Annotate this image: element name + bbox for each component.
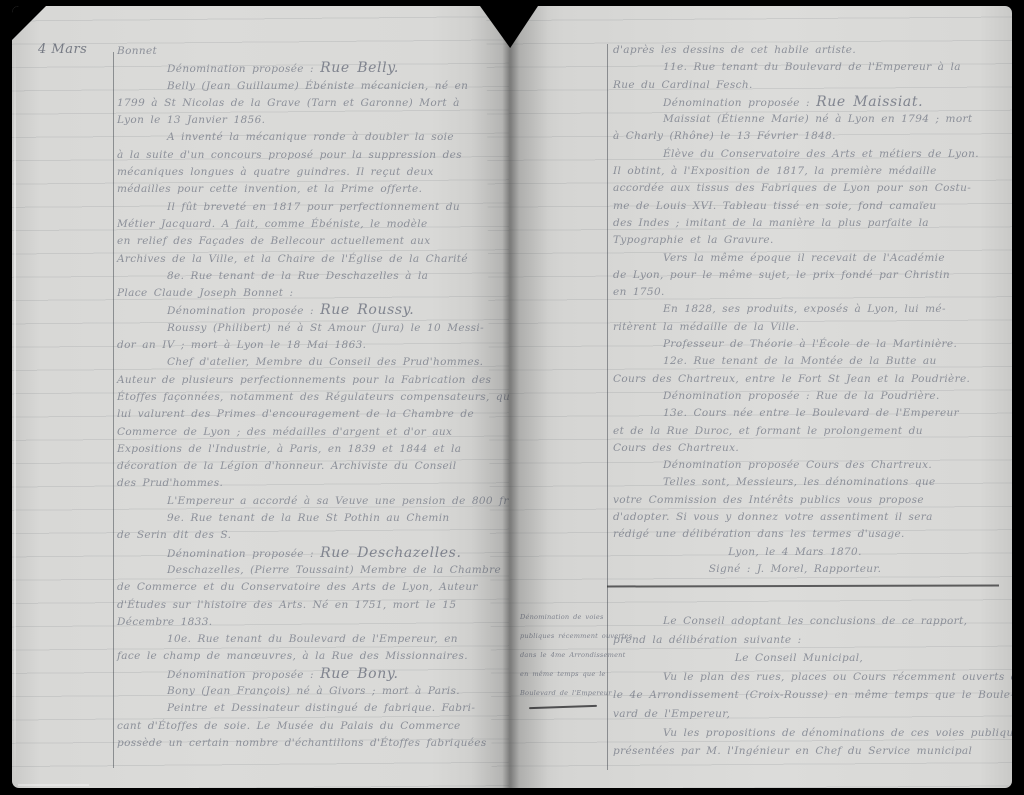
manuscript-line: Telles sont, Messieurs, les dénomination… xyxy=(613,474,977,491)
manuscript-line: Dénomination proposée : Rue Deschazelles… xyxy=(117,545,501,562)
manuscript-line: dor an IV ; mort à Lyon le 18 Mai 1863. xyxy=(117,337,501,354)
street-name-emphasis: Rue Roussy. xyxy=(320,302,414,318)
manuscript-line: Dénomination proposée : Rue Maissiat. xyxy=(613,94,977,111)
manuscript-line: mécaniques longues à quatre guindres. Il… xyxy=(117,164,501,181)
manuscript-line: des Indes ; imitant de la manière la plu… xyxy=(613,215,977,232)
manuscript-line: Commerce de Lyon ; des médailles d'argen… xyxy=(117,424,501,441)
manuscript-line: face le champ de manœuvres, à la Rue des… xyxy=(117,648,501,665)
manuscript-line: Signé : J. Morel, Rapporteur. xyxy=(613,561,977,578)
manuscript-line: votre Commission des Intérêts publics vo… xyxy=(613,492,977,509)
manuscript-line: 1799 à St Nicolas de la Grave (Tarn et G… xyxy=(117,95,501,112)
manuscript-line: Vu le plan des rues, places ou Cours réc… xyxy=(613,668,985,687)
manuscript-line: Typographie et la Gravure. xyxy=(613,232,977,249)
manuscript-line: médailles pour cette invention, et la Pr… xyxy=(117,181,501,198)
manuscript-line: décoration de la Légion d'honneur. Archi… xyxy=(117,458,501,475)
manuscript-line: cant d'Étoffes de soie. Le Musée du Pala… xyxy=(117,718,501,735)
manuscript-line: me de Louis XVI. Tableau tissé en soie, … xyxy=(613,198,977,215)
scanned-manuscript-photo: { "document_type": "scanned handwritten … xyxy=(0,0,1024,795)
manuscript-line: Expositions de l'Industrie, à Paris, en … xyxy=(117,441,501,458)
margin-note: Dénomination de voiespubliques récemment… xyxy=(520,608,612,703)
manuscript-line: de Commerce et du Conservatoire des Arts… xyxy=(117,579,501,596)
manuscript-line: A inventé la mécanique ronde à doubler l… xyxy=(117,129,501,146)
manuscript-line: Professeur de Théorie à l'École de la Ma… xyxy=(613,336,977,353)
manuscript-line: publiques récemment ouvertes xyxy=(520,627,612,646)
manuscript-line: Étoffes façonnées, notamment des Régulat… xyxy=(117,389,501,406)
manuscript-line: en même temps que le xyxy=(520,665,612,684)
page-edge-highlight-left xyxy=(14,36,16,784)
street-name-emphasis: Rue Belly. xyxy=(320,60,399,76)
manuscript-line: Lyon le 13 Janvier 1856. xyxy=(117,112,501,129)
manuscript-line: rédigé une délibération dans les termes … xyxy=(613,526,977,543)
street-name-emphasis: Rue Bony. xyxy=(320,666,398,682)
manuscript-line: Dénomination proposée : Rue Roussy. xyxy=(117,302,501,319)
manuscript-line: d'Études sur l'histoire des Arts. Né en … xyxy=(117,597,501,614)
left-page-margin-rule xyxy=(113,52,114,768)
manuscript-line: Vers la même époque il recevait de l'Aca… xyxy=(613,250,977,267)
left-page: 4 Mars BonnetDénomination proposée : Rue… xyxy=(12,6,509,788)
manuscript-line: Belly (Jean Guillaume) Ébéniste mécanici… xyxy=(117,78,501,95)
margin-date: 4 Mars xyxy=(38,42,87,57)
manuscript-line: dans le 4me Arrondissement xyxy=(520,646,612,665)
manuscript-line: 9e. Rue tenant de la Rue St Pothin au Ch… xyxy=(117,510,501,527)
manuscript-line: Le Conseil Municipal, xyxy=(613,649,985,668)
manuscript-line: Cours des Chartreux, entre le Fort St Je… xyxy=(613,371,977,388)
manuscript-line: et de la Rue Duroc, et formant le prolon… xyxy=(613,423,977,440)
manuscript-line: accordée aux tissus des Fabriques de Lyo… xyxy=(613,180,977,197)
manuscript-line: L'Empereur a accordé à sa Veuve une pens… xyxy=(117,493,501,510)
manuscript-line: Élève du Conservatoire des Arts et métie… xyxy=(613,146,977,163)
manuscript-line: en relief des Façades de Bellecour actue… xyxy=(117,233,501,250)
manuscript-line: présentées par M. l'Ingénieur en Chef du… xyxy=(613,742,985,761)
manuscript-line: prend la délibération suivante : xyxy=(613,631,985,650)
manuscript-line: 13e. Cours née entre le Boulevard de l'E… xyxy=(613,405,977,422)
manuscript-line: Décembre 1833. xyxy=(117,614,501,631)
manuscript-line: Lyon, le 4 Mars 1870. xyxy=(613,544,977,561)
right-page-deliberation-column: Le Conseil adoptant les conclusions de c… xyxy=(613,612,985,761)
right-page: d'après les dessins de cet habile artist… xyxy=(509,6,1012,788)
manuscript-line: Maissiat (Étienne Marie) né à Lyon en 17… xyxy=(613,111,977,128)
manuscript-line: 10e. Rue tenant du Boulevard de l'Empere… xyxy=(117,631,501,648)
manuscript-line: à Charly (Rhône) le 13 Février 1848. xyxy=(613,128,977,145)
left-page-text-column: BonnetDénomination proposée : Rue Belly.… xyxy=(117,43,501,752)
manuscript-line: Deschazelles, (Pierre Toussaint) Membre … xyxy=(117,562,501,579)
manuscript-line: Le Conseil adoptant les conclusions de c… xyxy=(613,612,985,631)
manuscript-line: Dénomination proposée : Rue de la Poudri… xyxy=(613,388,977,405)
manuscript-line: Dénomination proposée : Rue Bony. xyxy=(117,666,501,683)
manuscript-book: 4 Mars BonnetDénomination proposée : Rue… xyxy=(12,6,1012,788)
manuscript-line: Métier Jacquard. A fait, comme Ébéniste,… xyxy=(117,216,501,233)
manuscript-line: Chef d'atelier, Membre du Conseil des Pr… xyxy=(117,354,501,371)
page-edge-highlight-bottom xyxy=(18,784,89,786)
right-page-report-column: d'après les dessins de cet habile artist… xyxy=(613,42,977,578)
manuscript-line: lui valurent des Primes d'encouragement … xyxy=(117,406,501,423)
manuscript-line: Dénomination proposée Cours des Chartreu… xyxy=(613,457,977,474)
manuscript-line: Rue du Cardinal Fesch. xyxy=(613,77,977,94)
manuscript-line: Dénomination proposée : Rue Belly. xyxy=(117,60,501,77)
manuscript-line: Roussy (Philibert) né à St Amour (Jura) … xyxy=(117,320,501,337)
manuscript-line: Dénomination de voies xyxy=(520,608,612,627)
manuscript-line: 8e. Rue tenant de la Rue Deschazelles à … xyxy=(117,268,501,285)
manuscript-line: le 4e Arrondissement (Croix-Rousse) en m… xyxy=(613,686,985,705)
manuscript-line: de Lyon, pour le même sujet, le prix fon… xyxy=(613,267,977,284)
manuscript-line: à la suite d'un concours proposé pour la… xyxy=(117,147,501,164)
manuscript-line: des Prud'hommes. xyxy=(117,475,501,492)
manuscript-line: possède un certain nombre d'échantillons… xyxy=(117,735,501,752)
manuscript-line: Bony (Jean François) né à Givors ; mort … xyxy=(117,683,501,700)
manuscript-line: ritèrent la médaille de la Ville. xyxy=(613,319,977,336)
manuscript-line: Bonnet xyxy=(117,43,501,60)
manuscript-line: Vu les propositions de dénominations de … xyxy=(613,724,985,743)
manuscript-line: Place Claude Joseph Bonnet : xyxy=(117,285,501,302)
manuscript-line: vard de l'Empereur, xyxy=(613,705,985,724)
street-name-emphasis: Rue Maissiat. xyxy=(816,94,923,110)
manuscript-line: de Serin dit des S. xyxy=(117,527,501,544)
street-name-emphasis: Rue Deschazelles. xyxy=(320,545,461,561)
manuscript-line: Auteur de plusieurs perfectionnements po… xyxy=(117,372,501,389)
manuscript-line: En 1828, ses produits, exposés à Lyon, l… xyxy=(613,301,977,318)
manuscript-line: Cours des Chartreux. xyxy=(613,440,977,457)
manuscript-line: 11e. Rue tenant du Boulevard de l'Empere… xyxy=(613,59,977,76)
manuscript-line: d'adopter. Si vous y donnez votre assent… xyxy=(613,509,977,526)
manuscript-line: Peintre et Dessinateur distingué de fabr… xyxy=(117,700,501,717)
manuscript-line: Il obtint, à l'Exposition de 1817, la pr… xyxy=(613,163,977,180)
manuscript-line: Il fût breveté en 1817 pour perfectionne… xyxy=(117,199,501,216)
manuscript-line: Boulevard de l'Empereur xyxy=(520,684,612,703)
manuscript-line: d'après les dessins de cet habile artist… xyxy=(613,42,977,59)
manuscript-line: Archives de la Ville, et la Chaire de l'… xyxy=(117,251,501,268)
manuscript-line: 12e. Rue tenant de la Montée de la Butte… xyxy=(613,353,977,370)
manuscript-line: en 1750. xyxy=(613,284,977,301)
